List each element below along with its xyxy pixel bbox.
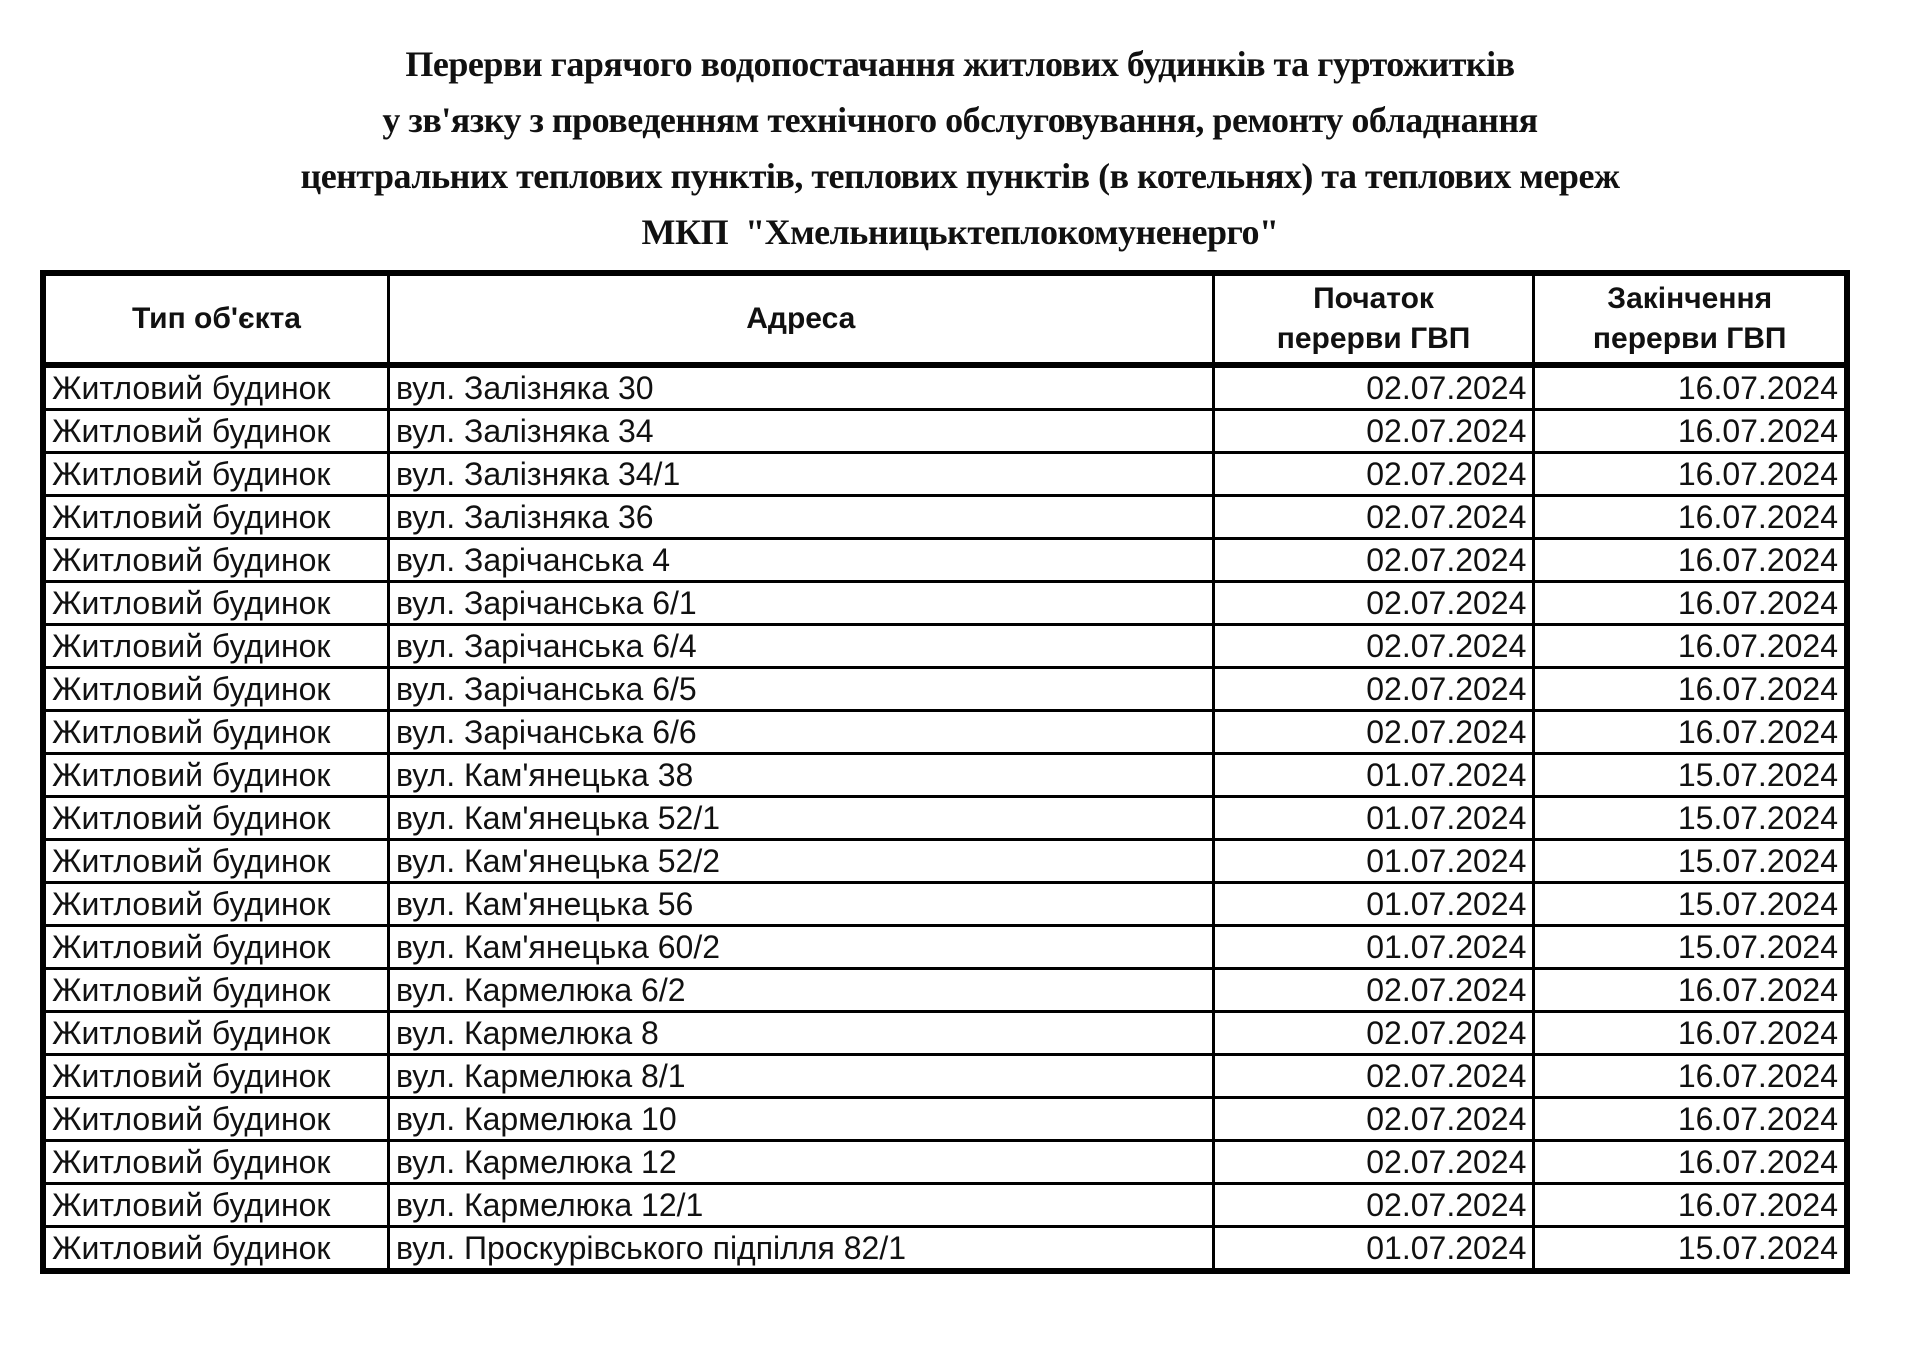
table-row: Житловий будиноквул. Залізняка 3002.07.2… bbox=[43, 365, 1847, 410]
header-start-date: Початок перерви ГВП bbox=[1213, 273, 1534, 365]
cell-start-date: 02.07.2024 bbox=[1213, 365, 1534, 410]
table-row: Житловий будиноквул. Кармелюка 1202.07.2… bbox=[43, 1141, 1847, 1184]
cell-start-date: 02.07.2024 bbox=[1213, 969, 1534, 1012]
cell-address: вул. Кармелюка 8 bbox=[388, 1012, 1213, 1055]
cell-object-type: Житловий будинок bbox=[43, 582, 388, 625]
cell-start-date: 01.07.2024 bbox=[1213, 797, 1534, 840]
header-address: Адреса bbox=[388, 273, 1213, 365]
cell-start-date: 02.07.2024 bbox=[1213, 668, 1534, 711]
outage-table: Тип об'єкта Адреса Початок перерви ГВП З… bbox=[40, 270, 1850, 1274]
cell-end-date: 16.07.2024 bbox=[1534, 711, 1847, 754]
cell-end-date: 15.07.2024 bbox=[1534, 883, 1847, 926]
cell-start-date: 01.07.2024 bbox=[1213, 883, 1534, 926]
cell-end-date: 16.07.2024 bbox=[1534, 1055, 1847, 1098]
cell-object-type: Житловий будинок bbox=[43, 1227, 388, 1272]
cell-end-date: 15.07.2024 bbox=[1534, 840, 1847, 883]
table-row: Житловий будиноквул. Кам'янецька 52/101.… bbox=[43, 797, 1847, 840]
cell-address: вул. Кам'янецька 56 bbox=[388, 883, 1213, 926]
cell-start-date: 02.07.2024 bbox=[1213, 1098, 1534, 1141]
table-row: Житловий будиноквул. Зарічанська 6/102.0… bbox=[43, 582, 1847, 625]
cell-address: вул. Кармелюка 6/2 bbox=[388, 969, 1213, 1012]
cell-start-date: 02.07.2024 bbox=[1213, 1012, 1534, 1055]
cell-address: вул. Кам'янецька 52/1 bbox=[388, 797, 1213, 840]
cell-end-date: 15.07.2024 bbox=[1534, 797, 1847, 840]
cell-end-date: 16.07.2024 bbox=[1534, 1098, 1847, 1141]
cell-object-type: Житловий будинок bbox=[43, 754, 388, 797]
table-row: Житловий будиноквул. Кам'янецька 60/201.… bbox=[43, 926, 1847, 969]
cell-object-type: Житловий будинок bbox=[43, 668, 388, 711]
cell-start-date: 01.07.2024 bbox=[1213, 926, 1534, 969]
cell-address: вул. Залізняка 34/1 bbox=[388, 453, 1213, 496]
table-body: Житловий будиноквул. Залізняка 3002.07.2… bbox=[43, 365, 1847, 1271]
cell-address: вул. Проскурівського підпілля 82/1 bbox=[388, 1227, 1213, 1272]
cell-end-date: 15.07.2024 bbox=[1534, 926, 1847, 969]
cell-end-date: 16.07.2024 bbox=[1534, 582, 1847, 625]
cell-address: вул. Залізняка 30 bbox=[388, 365, 1213, 410]
title-line: МКП "Хмельницьктеплокомуненерго" bbox=[0, 204, 1920, 260]
table-row: Житловий будиноквул. Кам'янецька 52/201.… bbox=[43, 840, 1847, 883]
cell-address: вул. Зарічанська 6/1 bbox=[388, 582, 1213, 625]
header-end-date: Закінчення перерви ГВП bbox=[1534, 273, 1847, 365]
cell-start-date: 01.07.2024 bbox=[1213, 840, 1534, 883]
cell-start-date: 02.07.2024 bbox=[1213, 496, 1534, 539]
cell-object-type: Житловий будинок bbox=[43, 883, 388, 926]
cell-address: вул. Зарічанська 6/6 bbox=[388, 711, 1213, 754]
table-row: Житловий будиноквул. Зарічанська 6/502.0… bbox=[43, 668, 1847, 711]
cell-end-date: 16.07.2024 bbox=[1534, 668, 1847, 711]
cell-start-date: 02.07.2024 bbox=[1213, 1141, 1534, 1184]
cell-end-date: 16.07.2024 bbox=[1534, 1141, 1847, 1184]
cell-end-date: 16.07.2024 bbox=[1534, 1012, 1847, 1055]
cell-object-type: Житловий будинок bbox=[43, 1055, 388, 1098]
cell-start-date: 02.07.2024 bbox=[1213, 410, 1534, 453]
cell-object-type: Житловий будинок bbox=[43, 539, 388, 582]
cell-start-date: 02.07.2024 bbox=[1213, 453, 1534, 496]
cell-address: вул. Кам'янецька 60/2 bbox=[388, 926, 1213, 969]
document-title: Перерви гарячого водопостачання житлових… bbox=[0, 36, 1920, 260]
cell-start-date: 01.07.2024 bbox=[1213, 1227, 1534, 1272]
cell-object-type: Житловий будинок bbox=[43, 969, 388, 1012]
cell-address: вул. Зарічанська 4 bbox=[388, 539, 1213, 582]
cell-end-date: 16.07.2024 bbox=[1534, 969, 1847, 1012]
title-line: Перерви гарячого водопостачання житлових… bbox=[0, 36, 1920, 92]
cell-address: вул. Зарічанська 6/5 bbox=[388, 668, 1213, 711]
header-object-type: Тип об'єкта bbox=[43, 273, 388, 365]
cell-end-date: 16.07.2024 bbox=[1534, 496, 1847, 539]
cell-end-date: 16.07.2024 bbox=[1534, 453, 1847, 496]
cell-object-type: Житловий будинок bbox=[43, 1184, 388, 1227]
cell-address: вул. Кам'янецька 52/2 bbox=[388, 840, 1213, 883]
cell-object-type: Житловий будинок bbox=[43, 496, 388, 539]
cell-start-date: 02.07.2024 bbox=[1213, 1184, 1534, 1227]
cell-end-date: 16.07.2024 bbox=[1534, 1184, 1847, 1227]
table-row: Житловий будиноквул. Кам'янецька 3801.07… bbox=[43, 754, 1847, 797]
cell-start-date: 02.07.2024 bbox=[1213, 625, 1534, 668]
table-row: Житловий будиноквул. Кармелюка 1002.07.2… bbox=[43, 1098, 1847, 1141]
cell-object-type: Житловий будинок bbox=[43, 926, 388, 969]
cell-address: вул. Кам'янецька 38 bbox=[388, 754, 1213, 797]
cell-start-date: 02.07.2024 bbox=[1213, 539, 1534, 582]
cell-object-type: Житловий будинок bbox=[43, 1012, 388, 1055]
table-row: Житловий будиноквул. Проскурівського під… bbox=[43, 1227, 1847, 1272]
table-row: Житловий будиноквул. Кам'янецька 5601.07… bbox=[43, 883, 1847, 926]
table-row: Житловий будиноквул. Кармелюка 12/102.07… bbox=[43, 1184, 1847, 1227]
cell-end-date: 16.07.2024 bbox=[1534, 539, 1847, 582]
cell-address: вул. Залізняка 34 bbox=[388, 410, 1213, 453]
cell-end-date: 16.07.2024 bbox=[1534, 410, 1847, 453]
cell-object-type: Житловий будинок bbox=[43, 711, 388, 754]
cell-start-date: 02.07.2024 bbox=[1213, 582, 1534, 625]
cell-object-type: Житловий будинок bbox=[43, 453, 388, 496]
cell-start-date: 01.07.2024 bbox=[1213, 754, 1534, 797]
table-row: Житловий будиноквул. Залізняка 3402.07.2… bbox=[43, 410, 1847, 453]
cell-address: вул. Кармелюка 10 bbox=[388, 1098, 1213, 1141]
cell-object-type: Житловий будинок bbox=[43, 365, 388, 410]
cell-address: вул. Кармелюка 12 bbox=[388, 1141, 1213, 1184]
cell-address: вул. Зарічанська 6/4 bbox=[388, 625, 1213, 668]
cell-start-date: 02.07.2024 bbox=[1213, 1055, 1534, 1098]
table-row: Житловий будиноквул. Кармелюка 6/202.07.… bbox=[43, 969, 1847, 1012]
cell-object-type: Житловий будинок bbox=[43, 1098, 388, 1141]
table-row: Житловий будиноквул. Зарічанська 6/402.0… bbox=[43, 625, 1847, 668]
cell-address: вул. Кармелюка 12/1 bbox=[388, 1184, 1213, 1227]
table-row: Житловий будиноквул. Зарічанська 402.07.… bbox=[43, 539, 1847, 582]
table-row: Житловий будиноквул. Кармелюка 802.07.20… bbox=[43, 1012, 1847, 1055]
cell-end-date: 16.07.2024 bbox=[1534, 365, 1847, 410]
cell-object-type: Житловий будинок bbox=[43, 797, 388, 840]
table-row: Житловий будиноквул. Кармелюка 8/102.07.… bbox=[43, 1055, 1847, 1098]
cell-address: вул. Кармелюка 8/1 bbox=[388, 1055, 1213, 1098]
cell-object-type: Житловий будинок bbox=[43, 410, 388, 453]
table-row: Житловий будиноквул. Зарічанська 6/602.0… bbox=[43, 711, 1847, 754]
cell-object-type: Житловий будинок bbox=[43, 1141, 388, 1184]
title-line: центральних теплових пунктів, теплових п… bbox=[0, 148, 1920, 204]
cell-object-type: Житловий будинок bbox=[43, 840, 388, 883]
table-row: Житловий будиноквул. Залізняка 34/102.07… bbox=[43, 453, 1847, 496]
title-line: у зв'язку з проведенням технічного обслу… bbox=[0, 92, 1920, 148]
cell-end-date: 15.07.2024 bbox=[1534, 754, 1847, 797]
header-row: Тип об'єкта Адреса Початок перерви ГВП З… bbox=[43, 273, 1847, 365]
cell-start-date: 02.07.2024 bbox=[1213, 711, 1534, 754]
cell-address: вул. Залізняка 36 bbox=[388, 496, 1213, 539]
cell-end-date: 16.07.2024 bbox=[1534, 625, 1847, 668]
cell-end-date: 15.07.2024 bbox=[1534, 1227, 1847, 1272]
table-row: Житловий будиноквул. Залізняка 3602.07.2… bbox=[43, 496, 1847, 539]
cell-object-type: Житловий будинок bbox=[43, 625, 388, 668]
